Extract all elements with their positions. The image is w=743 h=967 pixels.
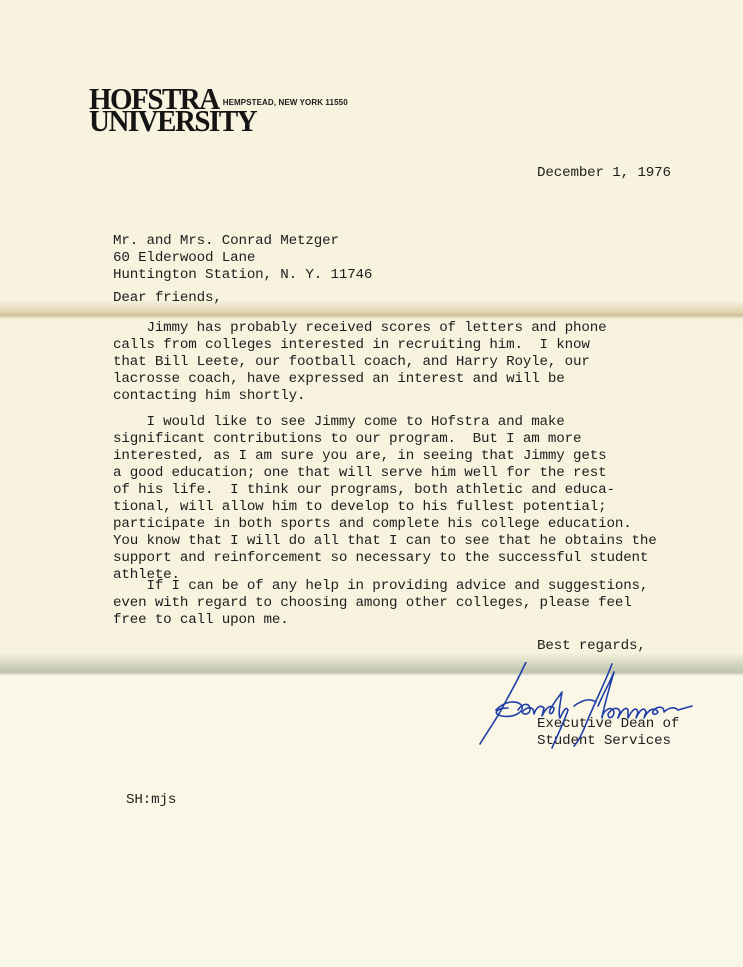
salutation: Dear friends,: [113, 290, 222, 307]
closing: Best regards,: [537, 638, 646, 655]
body-line: tional, will allow him to develop to his…: [113, 499, 657, 516]
body-line: You know that I will do all that I can t…: [113, 533, 657, 550]
body-paragraph-1: Jimmy has probably received scores of le…: [113, 320, 606, 405]
paper-fold-upper: [0, 300, 743, 322]
body-line: of his life. I think our programs, both …: [113, 482, 657, 499]
recipient-address: Mr. and Mrs. Conrad Metzger60 Elderwood …: [113, 233, 372, 284]
body-line: support and reinforcement so necessary t…: [113, 550, 657, 567]
recipient-line: Huntington Station, N. Y. 11746: [113, 267, 372, 284]
body-line: interested, as I am sure you are, in see…: [113, 448, 657, 465]
body-line: lacrosse coach, have expressed an intere…: [113, 371, 606, 388]
body-line: Jimmy has probably received scores of le…: [113, 320, 606, 337]
body-line: a good education; one that will serve hi…: [113, 465, 657, 482]
signer-title-line: Executive Dean of: [537, 716, 679, 733]
body-paragraph-2: I would like to see Jimmy come to Hofstr…: [113, 414, 657, 584]
body-line: contacting him shortly.: [113, 388, 606, 405]
reference-initials: SH:mjs: [126, 792, 176, 809]
letterhead-name-line2: UNIVERSITY: [89, 110, 256, 133]
body-line: If I can be of any help in providing adv…: [113, 578, 648, 595]
body-line: that Bill Leete, our football coach, and…: [113, 354, 606, 371]
letter-page: HOFSTRA HEMPSTEAD, NEW YORK 11550 UNIVER…: [0, 0, 743, 967]
signer-title-line: Student Services: [537, 733, 679, 750]
signer-title: Executive Dean ofStudent Services: [537, 716, 679, 750]
body-paragraph-3: If I can be of any help in providing adv…: [113, 578, 648, 629]
recipient-line: Mr. and Mrs. Conrad Metzger: [113, 233, 372, 250]
body-line: even with regard to choosing among other…: [113, 595, 648, 612]
letter-date: December 1, 1976: [537, 165, 671, 182]
recipient-line: 60 Elderwood Lane: [113, 250, 372, 267]
body-line: I would like to see Jimmy come to Hofstr…: [113, 414, 657, 431]
paper-fold-lower: [0, 652, 743, 678]
body-line: calls from colleges interested in recrui…: [113, 337, 606, 354]
body-line: free to call upon me.: [113, 612, 648, 629]
body-line: significant contributions to our program…: [113, 431, 657, 448]
body-line: participate in both sports and complete …: [113, 516, 657, 533]
letterhead: HOFSTRA HEMPSTEAD, NEW YORK 11550 UNIVER…: [89, 88, 348, 132]
